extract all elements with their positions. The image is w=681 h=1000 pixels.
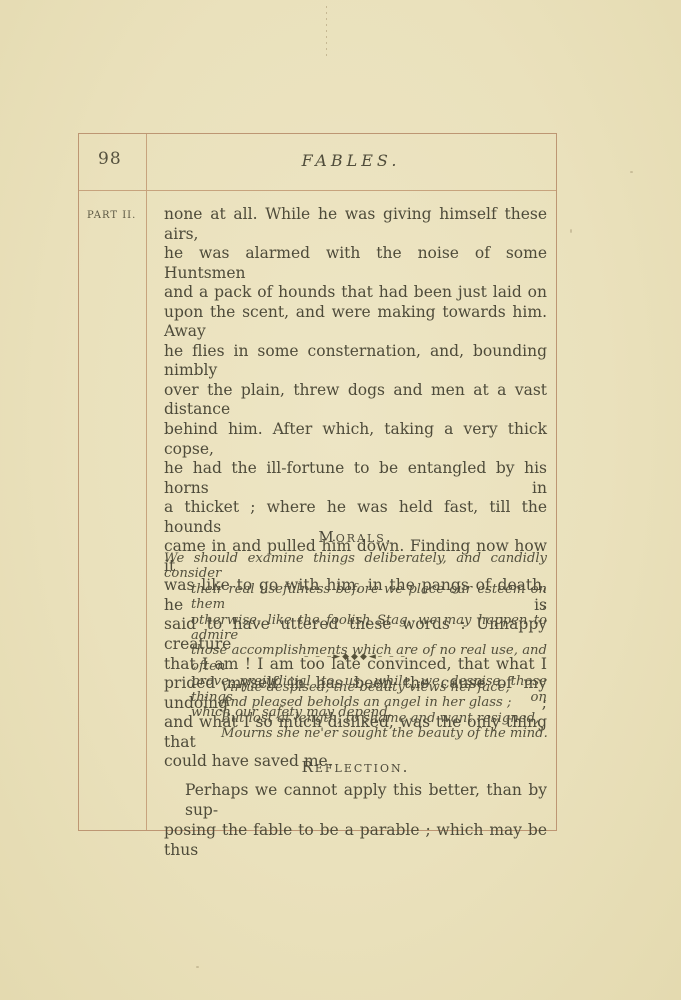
text-line: upon the scent, and were making towards … [164,303,547,342]
margin-label-part: PART II. [87,210,141,221]
verse-quatrain: Virtue despised, the beauty views her fa… [164,680,604,742]
text-line: Mourns she ne'er sought the beauty of th… [221,726,604,741]
text-line: none at all. While he was giving himself… [164,205,547,244]
text-line: otherwise, like the foolish Stag, we may… [164,613,547,644]
text-line: But lost at length, to shame and want re… [221,711,604,726]
morals-heading: Morals. [164,528,547,546]
text-line: he flies in some consternation, and, bou… [164,342,547,381]
text-line: he had the ill-fortune to be entangled b… [164,459,547,498]
text-line: And pleased beholds an angel in her glas… [221,695,604,710]
text-line: behind him. After which, taking a very t… [164,420,547,459]
reflection-paragraph: Perhaps we cannot apply this better, tha… [164,780,547,860]
text-line: We should examine things deliberately, a… [164,551,547,582]
section-divider-ornament: – – –►◆◆◆◄– – – [164,651,547,663]
text-line: Perhaps we cannot apply this better, tha… [164,780,547,820]
text-line: over the plain, threw dogs and men at a … [164,381,547,420]
text-line: he was alarmed with the noise of some Hu… [164,244,547,283]
scan-speck [570,229,572,233]
header-rule [79,190,556,191]
text-line: Virtue despised, the beauty views her fa… [221,680,604,695]
margin-column-rule [146,134,147,830]
text-line: posing the fable to be a parable ; which… [164,820,547,860]
running-title: FABLES. [146,151,556,170]
scan-speck [196,966,199,968]
page-frame: 98 FABLES. PART II. none at all. While h… [78,133,557,831]
scan-speck [630,171,633,173]
text-line: and a pack of hounds that had been just … [164,283,547,303]
reflection-heading: Reflection. [164,758,547,776]
scan-thread-artifact [326,6,327,60]
page-number: 98 [98,149,122,169]
scanned-book-page: { "page": { "number": "98", "running_tit… [0,0,681,1000]
text-line: their real usefulness before we place ou… [164,582,547,613]
